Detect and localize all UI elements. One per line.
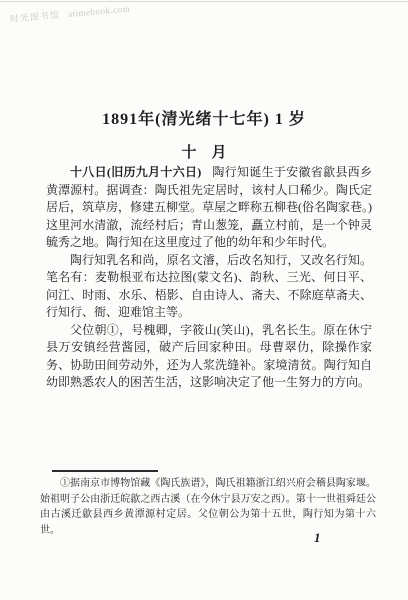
watermark-url: atimebook.com	[68, 4, 131, 19]
body-text: 十八日(旧历九月十六日)陶行知诞生于安徽省歙县西乡黄潭源村。据调查：陶氏祖先定居…	[46, 164, 372, 392]
scan-edge-line	[0, 1, 408, 2]
date-note: (旧历九月十六日)	[107, 165, 201, 179]
watermark: 时光图书馆 atimebook.com	[9, 2, 130, 25]
page-number: 1	[314, 530, 321, 546]
paragraph-names: 陶行知乳名和尚，原名文濬，后改名知行，又改名行知。笔名有：麦勒根亚布达拉图(蒙文…	[46, 252, 372, 322]
paragraph-birth: 十八日(旧历九月十六日)陶行知诞生于安徽省歙县西乡黄潭源村。据调查：陶氏祖先定居…	[46, 164, 372, 252]
year-title: 1891年(清光绪十七年) 1 岁	[0, 106, 408, 129]
footnote-separator-line	[52, 470, 158, 472]
footnote-text: ①据南京市博物馆藏《陶氏族谱》，陶氏祖籍浙江绍兴府会稽县陶家堰。始祖明子公由浙迁…	[40, 476, 376, 538]
paragraph-family: 父位朝①，号槐卿，字筱山(笑山)，乳名长生。原在休宁县万安镇经营酱园，破产后回家…	[46, 322, 372, 392]
book-page: 时光图书馆 atimebook.com 1891年(清光绪十七年) 1 岁 十 …	[0, 0, 408, 600]
watermark-library-name: 时光图书馆	[10, 10, 61, 24]
month-heading: 十 月	[0, 141, 408, 162]
date-lead: 十八日	[70, 165, 107, 179]
